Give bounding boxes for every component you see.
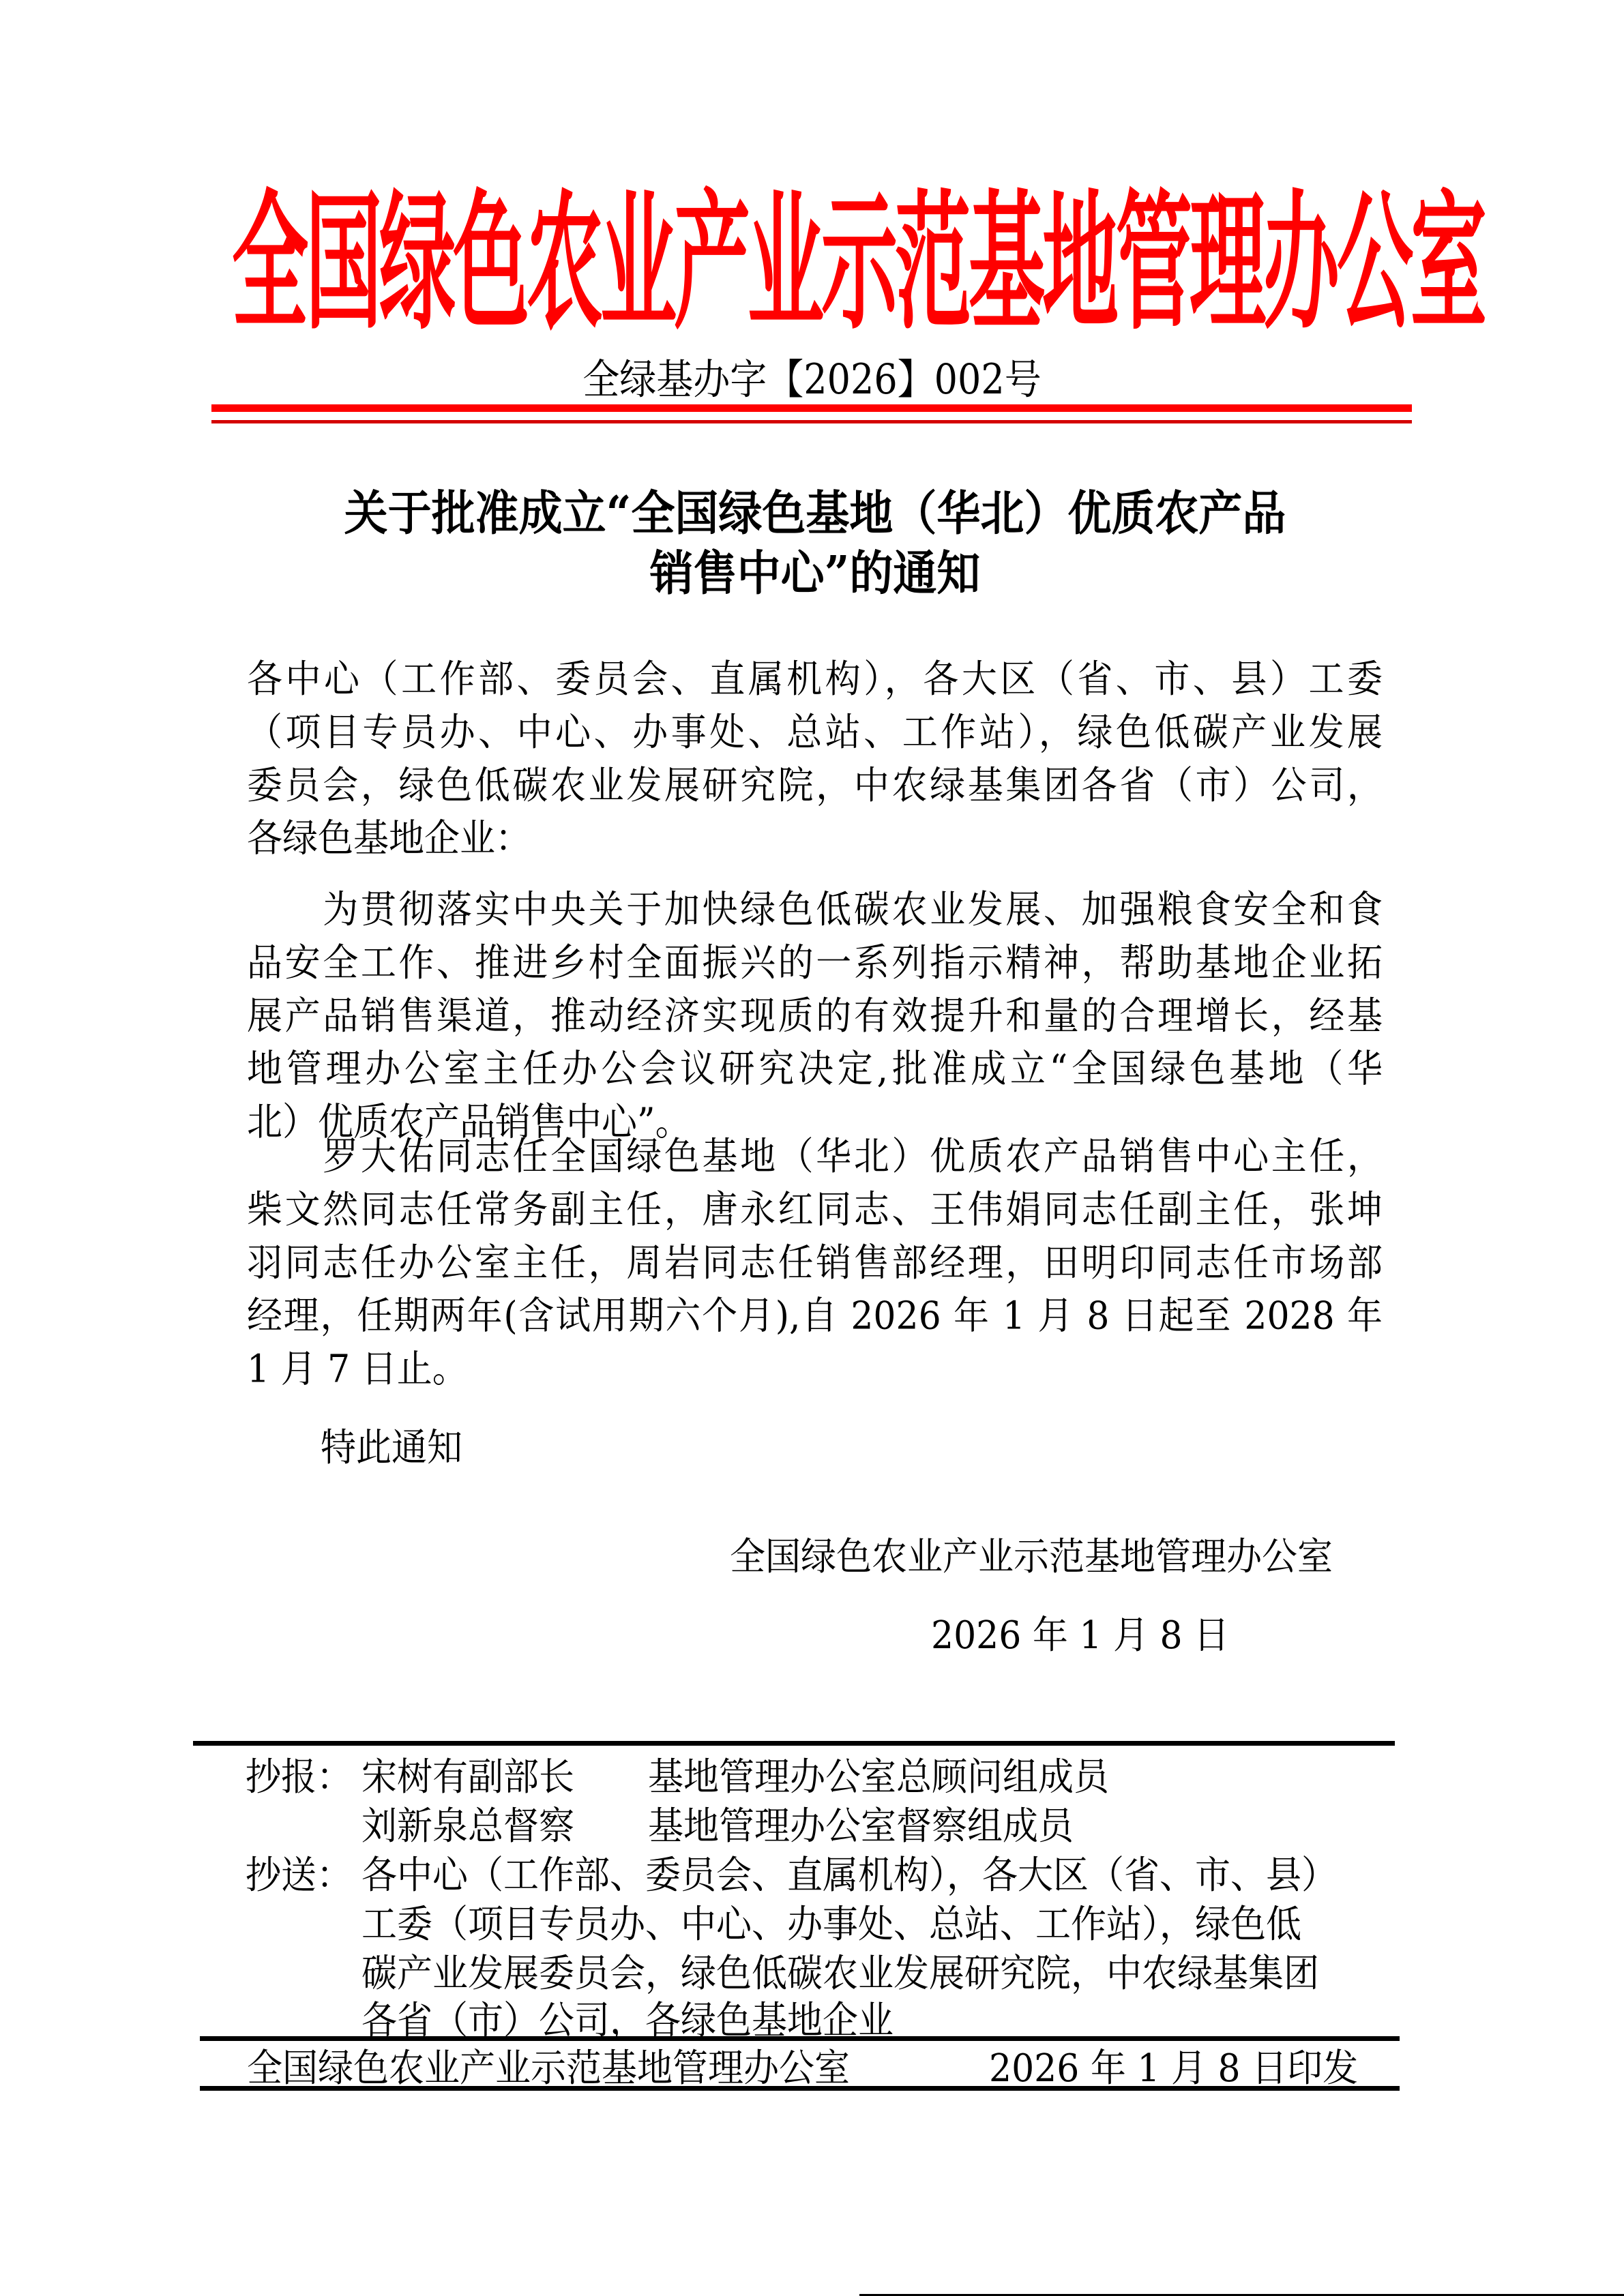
paragraph-line: 1 月 7 日止。 bbox=[247, 1343, 1383, 1396]
closing-phrase: 特此通知 bbox=[321, 1422, 462, 1475]
addressee-block: 各中心（工作部、委员会、直属机构），各大区（省、市、县）工委 （项目专员办、中心… bbox=[247, 653, 1383, 865]
signature-organization: 全国绿色农业产业示范基地管理办公室 bbox=[730, 1531, 1333, 1584]
red-divider-thick bbox=[211, 404, 1412, 412]
masthead-char: 全 bbox=[232, 190, 306, 338]
paragraph-line: 为贯彻落实中央关于加快绿色低碳农业发展、加强粮食安全和食 bbox=[247, 884, 1383, 937]
masthead-title: 全 国 绿 色 农 业 产 业 示 范 基 地 管 理 办 公 室 bbox=[232, 179, 1398, 349]
notice-title-line-2: 销售中心”的通知 bbox=[205, 543, 1426, 606]
cc-send-line: 碳产业发展委员会，绿色低碳农业发展研究院，中农绿基集团 bbox=[361, 1948, 1319, 2001]
masthead-char: 办 bbox=[1263, 190, 1337, 338]
masthead-char: 公 bbox=[1337, 190, 1411, 338]
addressee-line: 各中心（工作部、委员会、直属机构），各大区（省、市、县）工委 bbox=[247, 653, 1383, 706]
masthead-char: 农 bbox=[527, 190, 600, 338]
notice-title-line-1: 关于批准成立“全国绿色基地（华北）优质农产品 bbox=[205, 483, 1426, 546]
masthead-char: 范 bbox=[895, 190, 969, 338]
paragraph-line: 地管理办公室主任办公会议研究决定,批准成立“全国绿色基地（华 bbox=[247, 1043, 1383, 1096]
masthead-char: 基 bbox=[969, 190, 1042, 338]
footer-bottom-rule bbox=[200, 2086, 1400, 2091]
signature-date: 2026 年 1 月 8 日 bbox=[931, 1609, 1229, 1663]
cc-send-line: 各中心（工作部、委员会、直属机构），各大区（省、市、县） bbox=[361, 1849, 1337, 1903]
body-paragraph-2: 罗大佑同志任全国绿色基地（华北）优质农产品销售中心主任， 柴文然同志任常务副主任… bbox=[247, 1131, 1383, 1396]
body-paragraph-1: 为贯彻落实中央关于加快绿色低碳农业发展、加强粮食安全和食 品安全工作、推进乡村全… bbox=[247, 884, 1383, 1149]
paragraph-line: 柴文然同志任常务副主任，唐永红同志、王伟娟同志任副主任，张坤 bbox=[247, 1184, 1383, 1237]
masthead-char: 示 bbox=[821, 190, 895, 338]
cc-send-line: 工委（项目专员办、中心、办事处、总站、工作站），绿色低 bbox=[361, 1898, 1301, 1952]
paragraph-line: 经理，任期两年(含试用期六个月),自 2026 年 1 月 8 日起至 2028… bbox=[247, 1289, 1383, 1343]
addressee-line: 委员会，绿色低碳农业发展研究院，中农绿基集团各省（市）公司， bbox=[247, 760, 1383, 813]
paragraph-line: 品安全工作、推进乡村全面振兴的一系列指示精神，帮助基地企业拓 bbox=[247, 937, 1383, 990]
masthead-char: 管 bbox=[1116, 190, 1190, 338]
red-divider-thin bbox=[211, 420, 1412, 423]
footer-top-rule bbox=[200, 2036, 1400, 2041]
masthead-char: 业 bbox=[748, 190, 821, 338]
masthead-char: 地 bbox=[1042, 190, 1116, 338]
masthead-char: 国 bbox=[306, 190, 379, 338]
addressee-line: 各绿色基地企业： bbox=[247, 812, 1383, 865]
cc-report-name: 刘新泉总督察 bbox=[361, 1800, 574, 1853]
addressee-line: （项目专员办、中心、办事处、总站、工作站），绿色低碳产业发展 bbox=[247, 706, 1383, 760]
masthead-char: 室 bbox=[1411, 190, 1484, 338]
cc-top-rule bbox=[193, 1741, 1395, 1746]
paragraph-line: 羽同志任办公室主任，周岩同志任销售部经理，田明印同志任市场部 bbox=[247, 1237, 1383, 1290]
cc-report-role: 基地管理办公室总顾问组成员 bbox=[648, 1751, 1109, 1804]
paragraph-line: 罗大佑同志任全国绿色基地（华北）优质农产品销售中心主任， bbox=[247, 1131, 1383, 1184]
masthead-char: 理 bbox=[1190, 190, 1263, 338]
masthead-char: 色 bbox=[453, 190, 527, 338]
cc-send-label: 抄送： bbox=[246, 1849, 352, 1903]
cc-report-name: 宋树有副部长 bbox=[361, 1751, 574, 1804]
document-number: 全绿基办字【2026】002号 bbox=[0, 353, 1624, 406]
cc-report-role: 基地管理办公室督察组成员 bbox=[648, 1800, 1074, 1853]
paragraph-line: 展产品销售渠道，推动经济实现质的有效提升和量的合理增长，经基 bbox=[247, 990, 1383, 1043]
masthead-char: 产 bbox=[674, 190, 748, 338]
masthead-char: 业 bbox=[600, 190, 674, 338]
masthead-char: 绿 bbox=[379, 190, 453, 338]
cc-report-label: 抄报： bbox=[246, 1751, 352, 1804]
